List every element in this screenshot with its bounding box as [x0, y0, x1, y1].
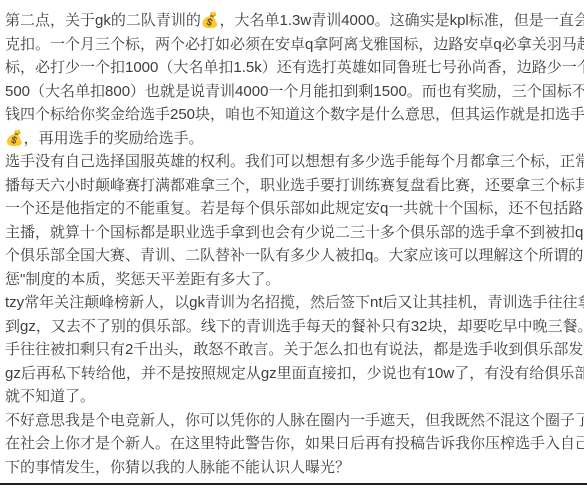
text-line: 克扣。一个月三个标，两个必打如必须在安卓q拿阿离戈雅国标，边路安卓q必拿关羽马超… [5, 33, 584, 57]
text-line: gz后再私下转给他，并不是按照规定从gz里面直接扣，少说也有10w了，有没有给俱… [5, 362, 584, 386]
text-line: 惩"制度的本质，奖惩天平差距有多大了。 [5, 268, 584, 292]
text-line: 播每天六小时颠峰赛打满都难拿三个，职业选手要打训练赛复盘看比赛，还要拿三个标其中 [5, 174, 584, 198]
text-line: 一个还是他指定的不能重复。若是每个俱乐部如此规定安q一共就十个国标，还不包括路人… [5, 197, 584, 221]
text-line: 选手没有自己选择国服英雄的权利。我们可以想想有多少选手能每个月都拿三个标，正常主 [5, 150, 584, 174]
text-line: 到gz，又去不了别的俱乐部。线下的青训选手每天的餐补只有32块，却要吃早中晚三餐… [5, 315, 584, 339]
text-line: tzy常年关注颠峰榜新人，以gk青训为名招揽，然后签下nt后又让其挂机，青训选手… [5, 291, 584, 315]
text-line: 第二点，关于gk的二队青训的💰，大名单1.3w青训4000。这确实是kpl标准，… [5, 9, 584, 33]
text-line: 💰，再用选手的奖励给选手。 [5, 127, 584, 151]
text-line: 主播，就算十个国标都是职业选手拿到也会有少说二三十多个俱乐部的选手拿不到被扣q，… [5, 221, 584, 245]
post-text-body: 第二点，关于gk的二队青训的💰，大名单1.3w青训4000。这确实是kpl标准，… [0, 0, 587, 479]
post-page: 第二点，关于gk的二队青训的💰，大名单1.3w青训4000。这确实是kpl标准，… [0, 0, 587, 489]
paragraph: 选手没有自己选择国服英雄的权利。我们可以想想有多少选手能每个月都拿三个标，正常主… [5, 150, 584, 291]
bottom-divider [0, 483, 587, 485]
paragraph: tzy常年关注颠峰榜新人，以gk青训为名招揽，然后签下nt后又让其挂机，青训选手… [5, 291, 584, 409]
text-line: 标，必打少一个扣1000（大名单扣1.5k）还有选打英雄如同鲁班七号孙尚香，边路… [5, 56, 584, 80]
text-line: 手往往被扣剩只有2千出头，敢怒不敢言。关于怎么扣也有说法，都是选手收到俱乐部发放… [5, 338, 584, 362]
text-line: 500（大名单扣800）也就是说青训4000一个月能扣到剩1500。而也有奖励，… [5, 80, 584, 104]
paragraph: 不好意思我是个电竞新人，你可以凭你的人脉在圈内一手遮天，但我既然不混这个圈子了，… [5, 409, 584, 480]
text-line: 在社会上你才是个新人。在这里特此警告你，如果日后再有投稿告诉我你压榨选手入自己麾 [5, 432, 584, 456]
paragraph: 第二点，关于gk的二队青训的💰，大名单1.3w青训4000。这确实是kpl标准，… [5, 9, 584, 150]
text-line: 钱四个标给你奖金给选手250块，咱也不知道这个数字是什么意思，但其运作就是扣选手 [5, 103, 584, 127]
text-line: 不好意思我是个电竞新人，你可以凭你的人脉在圈内一手遮天，但我既然不混这个圈子了， [5, 409, 584, 433]
text-line: 下的事情发生，你猜以我的人脉能不能认识人曝光？ [5, 456, 584, 480]
text-line: 就不知道了。 [5, 385, 584, 409]
text-line: 个俱乐部全国大赛、青训、二队替补一队有多少人被扣q。大家应该可以理解这个所谓的"… [5, 244, 584, 268]
